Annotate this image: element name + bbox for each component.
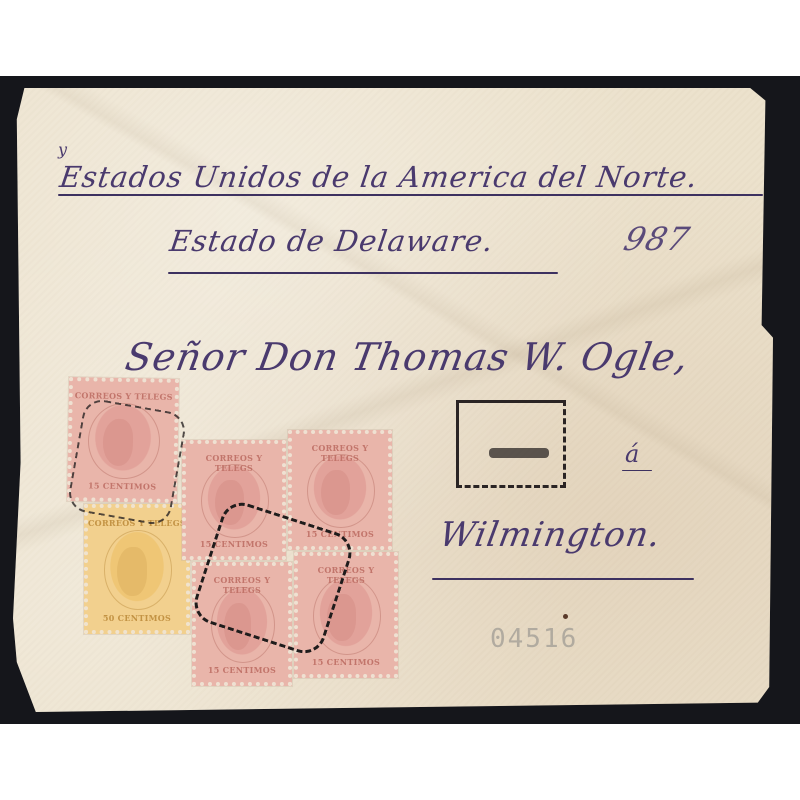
stamp-value-label: 15 CENTIMOS <box>196 665 288 675</box>
registration-number: 04516 <box>490 624 578 654</box>
stamp-value-label: 50 CENTIMOS <box>88 613 186 623</box>
ink-spot <box>563 614 568 619</box>
stamp-50c: CORREOS Y TELEGS 50 CENTIMOS <box>84 504 190 634</box>
address-preposition: á <box>625 440 640 468</box>
reference-number: 987 <box>620 220 694 258</box>
king-portrait-icon <box>117 547 146 596</box>
address-country-line: Estados Unidos de la America del Norte. <box>58 160 701 194</box>
country-underline <box>58 194 763 196</box>
prefix-mark: y <box>58 140 68 159</box>
handstamp-smudge <box>489 448 549 458</box>
stamp-top-label: CORREOS Y TELEGS <box>73 390 175 402</box>
preposition-underline <box>622 470 652 471</box>
stamp-top-label: CORREOS Y TELEGS <box>186 453 282 473</box>
address-city: Wilmington. <box>436 515 664 555</box>
registration-box-handstamp <box>456 400 566 488</box>
king-portrait-icon <box>321 470 350 515</box>
addressee-name: Señor Don Thomas W. Ogle, <box>122 335 693 379</box>
postmark-cancel-single <box>66 397 188 527</box>
state-underline <box>168 272 558 274</box>
stamp-value-label: 15 CENTIMOS <box>298 657 394 667</box>
city-underline <box>432 578 694 580</box>
address-state-line: Estado de Delaware. <box>168 224 496 258</box>
stamp-top-label: CORREOS Y TELEGS <box>292 443 388 463</box>
